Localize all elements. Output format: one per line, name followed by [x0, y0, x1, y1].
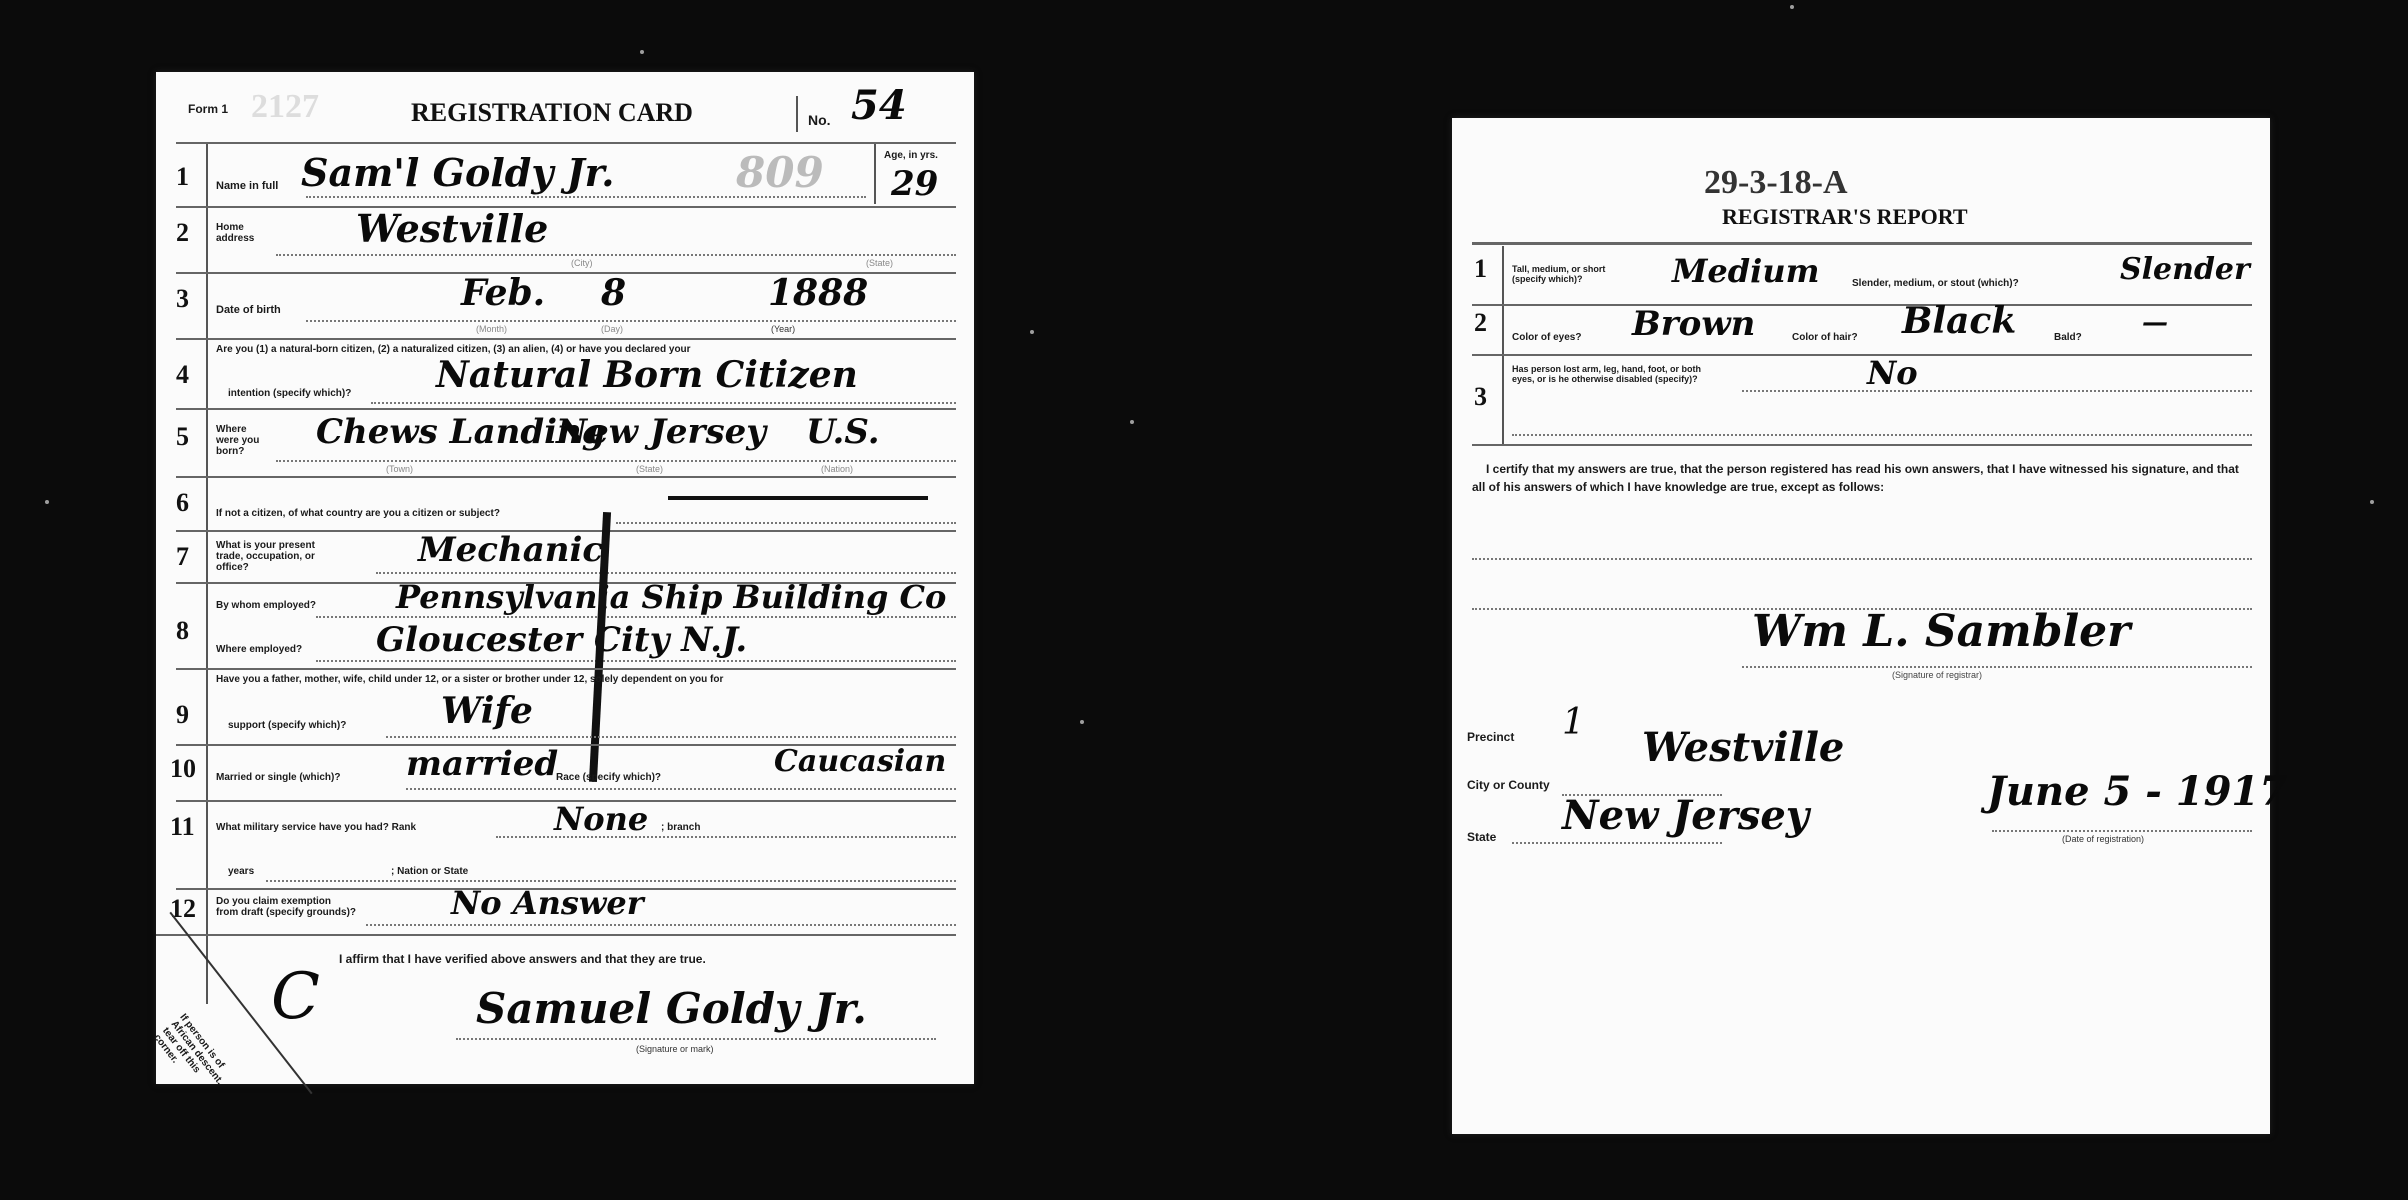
- sub-label: (Month): [476, 324, 507, 334]
- registrar-signature: Wm L. Sambler: [1752, 606, 2130, 657]
- disability-label: Has person lost arm, leg, hand, foot, or…: [1512, 364, 1722, 384]
- field-number: 9: [176, 700, 189, 730]
- dob-day: 8: [601, 272, 626, 314]
- employer-value: Pennsylvania Ship Building Co: [396, 578, 946, 616]
- precinct-value: 1: [1562, 702, 1585, 743]
- military-label: What military service have you had? Rank: [216, 822, 416, 833]
- precinct-label: Precinct: [1467, 730, 1514, 744]
- sub-label: (Day): [601, 324, 623, 334]
- film-speck: [2370, 500, 2374, 504]
- dob-month: Feb.: [461, 272, 545, 314]
- blank-strike: [668, 496, 928, 500]
- dob-year: 1888: [768, 272, 868, 314]
- field-number: 5: [176, 422, 189, 452]
- card-number: 54: [851, 82, 907, 129]
- race-value: Caucasian: [774, 744, 946, 779]
- registrars-report-card: 29-3-18-A REGISTRAR'S REPORT 1 Tall, med…: [1452, 118, 2270, 1134]
- build-label: Slender, medium, or stout (which)?: [1852, 278, 2019, 289]
- name-label: Name in full: [216, 180, 278, 192]
- field-number: 8: [176, 616, 189, 646]
- bald-label: Bald?: [2054, 332, 2082, 343]
- sub-label: (City): [571, 258, 593, 268]
- years-label: years: [228, 866, 254, 877]
- sub-label: (Year): [771, 324, 795, 334]
- employer-label: By whom employed?: [216, 600, 316, 611]
- sub-label: (Nation): [821, 464, 853, 474]
- occupation-label: What is your present trade, occupation, …: [216, 540, 336, 573]
- city-label: City or County: [1467, 778, 1550, 792]
- film-speck: [1130, 420, 1134, 424]
- exemption-label: Do you claim exemption from draft (speci…: [216, 896, 356, 918]
- field-number: 3: [176, 284, 189, 314]
- eye-color-label: Color of eyes?: [1512, 332, 1581, 343]
- film-speck: [1030, 330, 1034, 334]
- sub-label: (State): [866, 258, 893, 268]
- birthplace-state: New Jersey: [556, 412, 766, 452]
- serial-stamp: 2127: [251, 88, 319, 126]
- film-speck: [1080, 720, 1084, 724]
- film-speck: [640, 50, 644, 54]
- registration-date: June 5 - 1917: [1987, 768, 2287, 815]
- field-number: 3: [1474, 382, 1487, 412]
- field-number: 7: [176, 542, 189, 572]
- marital-label: Married or single (which)?: [216, 772, 340, 783]
- field-number: 4: [176, 360, 189, 390]
- height-value: Medium: [1672, 252, 1819, 290]
- branch-label: ; branch: [661, 822, 700, 833]
- hair-color-value: Black: [1902, 300, 2016, 342]
- foreign-citizenship-label: If not a citizen, of what country are yo…: [216, 508, 500, 519]
- registrant-signature: Samuel Goldy Jr.: [476, 984, 867, 1033]
- dob-label: Date of birth: [216, 304, 281, 316]
- affirmation-text: I affirm that I have verified above answ…: [339, 952, 706, 966]
- field-number: 2: [176, 218, 189, 248]
- report-title: REGISTRAR'S REPORT: [1722, 204, 1968, 230]
- build-value: Slender: [2120, 252, 2250, 287]
- name-annotation: 809: [736, 148, 824, 197]
- form-label: Form 1: [188, 102, 228, 116]
- work-location-label: Where employed?: [216, 644, 302, 655]
- state-label: State: [1467, 830, 1496, 844]
- bald-value: —: [2142, 308, 2168, 338]
- registration-code: 29-3-18-A: [1704, 164, 1848, 202]
- military-value: None: [554, 800, 648, 838]
- height-label: Tall, medium, or short (specify which)?: [1512, 264, 1632, 284]
- signature-label: (Signature or mark): [636, 1044, 714, 1054]
- certification-text: I certify that my answers are true, that…: [1472, 460, 2252, 496]
- disability-value: No: [1867, 354, 1918, 392]
- field-number: 11: [170, 812, 195, 842]
- field-number: 1: [176, 162, 189, 192]
- address-value: Westville: [356, 206, 548, 251]
- card-title: REGISTRATION CARD: [411, 98, 693, 128]
- registrar-signature-label: (Signature of registrar): [1892, 670, 1982, 680]
- age-value: 29: [891, 164, 938, 204]
- birthplace-label: Where were you born?: [216, 424, 271, 457]
- dependents-question: Have you a father, mother, wife, child u…: [216, 674, 723, 685]
- name-value: Sam'l Goldy Jr.: [301, 150, 614, 195]
- state-value: New Jersey: [1562, 792, 1809, 839]
- eye-color-value: Brown: [1632, 304, 1755, 344]
- exemption-value: No Answer: [451, 884, 644, 922]
- sub-label: (Town): [386, 464, 413, 474]
- hair-color-label: Color of hair?: [1792, 332, 1858, 343]
- film-speck: [45, 500, 49, 504]
- birthplace-nation: U.S.: [806, 412, 880, 452]
- dependents-value: Wife: [441, 690, 533, 732]
- work-location-value: Gloucester City N.J.: [376, 620, 747, 660]
- city-value: Westville: [1642, 724, 1844, 771]
- field-number: 1: [1474, 254, 1487, 284]
- film-speck: [1790, 5, 1794, 9]
- corner-mark: C: [271, 960, 320, 1034]
- nation-state-label: ; Nation or State: [391, 866, 468, 877]
- age-label: Age, in yrs.: [884, 150, 938, 161]
- field-number: 6: [176, 488, 189, 518]
- card-number-label: No.: [808, 112, 831, 128]
- field-number: 10: [170, 754, 196, 784]
- citizenship-value: Natural Born Citizen: [436, 354, 858, 396]
- field-number: 2: [1474, 308, 1487, 338]
- registration-card: Form 1 2127 REGISTRATION CARD No. 54 1 N…: [156, 72, 974, 1084]
- occupation-value: Mechanic: [418, 530, 603, 570]
- dependents-label: support (specify which)?: [228, 720, 346, 731]
- marital-value: married: [406, 744, 558, 784]
- citizenship-label: intention (specify which)?: [228, 388, 351, 399]
- tear-off-instruction: If person is of African descent, tear of…: [151, 1012, 241, 1110]
- registration-date-label: (Date of registration): [2062, 834, 2144, 844]
- sub-label: (State): [636, 464, 663, 474]
- race-label: Race (specify which)?: [556, 772, 661, 783]
- address-label: Home address: [216, 222, 276, 244]
